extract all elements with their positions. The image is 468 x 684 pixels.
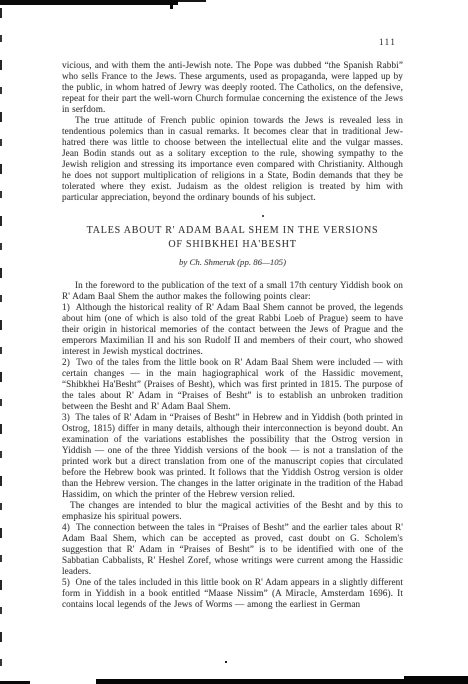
article-title-line-2: OF SHIBKHEI HA'BESHT: [62, 238, 403, 252]
article-byline: by Ch. Shmeruk (pp. 86—105): [62, 257, 403, 267]
summary-note-paragraph: The changes are intended to blur the mag…: [62, 500, 403, 522]
scan-edge-left: [0, 8, 2, 668]
scan-border-top: [0, 0, 178, 5]
summary-point-4: 4) The connection between the tales in “…: [62, 522, 403, 577]
summary-point-5: 5) One of the tales included in this lit…: [62, 577, 403, 610]
scanned-page: 111 vicious, and with them the anti-Jewi…: [0, 0, 468, 684]
summary-point-1: 1) Although the historical reality of R'…: [62, 302, 403, 357]
continuation-paragraph-1: vicious, and with them the anti-Jewish n…: [62, 60, 403, 115]
scan-border-top-tick: [170, 4, 173, 9]
scan-speck: [225, 661, 227, 663]
article-header: TALES ABOUT R' ADAM BAAL SHEM IN THE VER…: [62, 224, 403, 267]
page-number: 111: [379, 37, 396, 47]
text-column: vicious, and with them the anti-Jewish n…: [62, 60, 403, 610]
scan-border-top-tail: [178, 0, 206, 2]
summary-point-3: 3) The tales of R' Adam in “Praises of B…: [62, 412, 403, 500]
summary-point-2: 2) Two of the tales from the little book…: [62, 357, 403, 412]
continuation-paragraph-2: The true attitude of French public opini…: [62, 115, 403, 203]
scan-border-bottom-right: [404, 676, 468, 684]
article-title-line-1: TALES ABOUT R' ADAM BAAL SHEM IN THE VER…: [62, 224, 403, 238]
summary-intro-paragraph: In the foreword to the publication of th…: [62, 280, 403, 302]
